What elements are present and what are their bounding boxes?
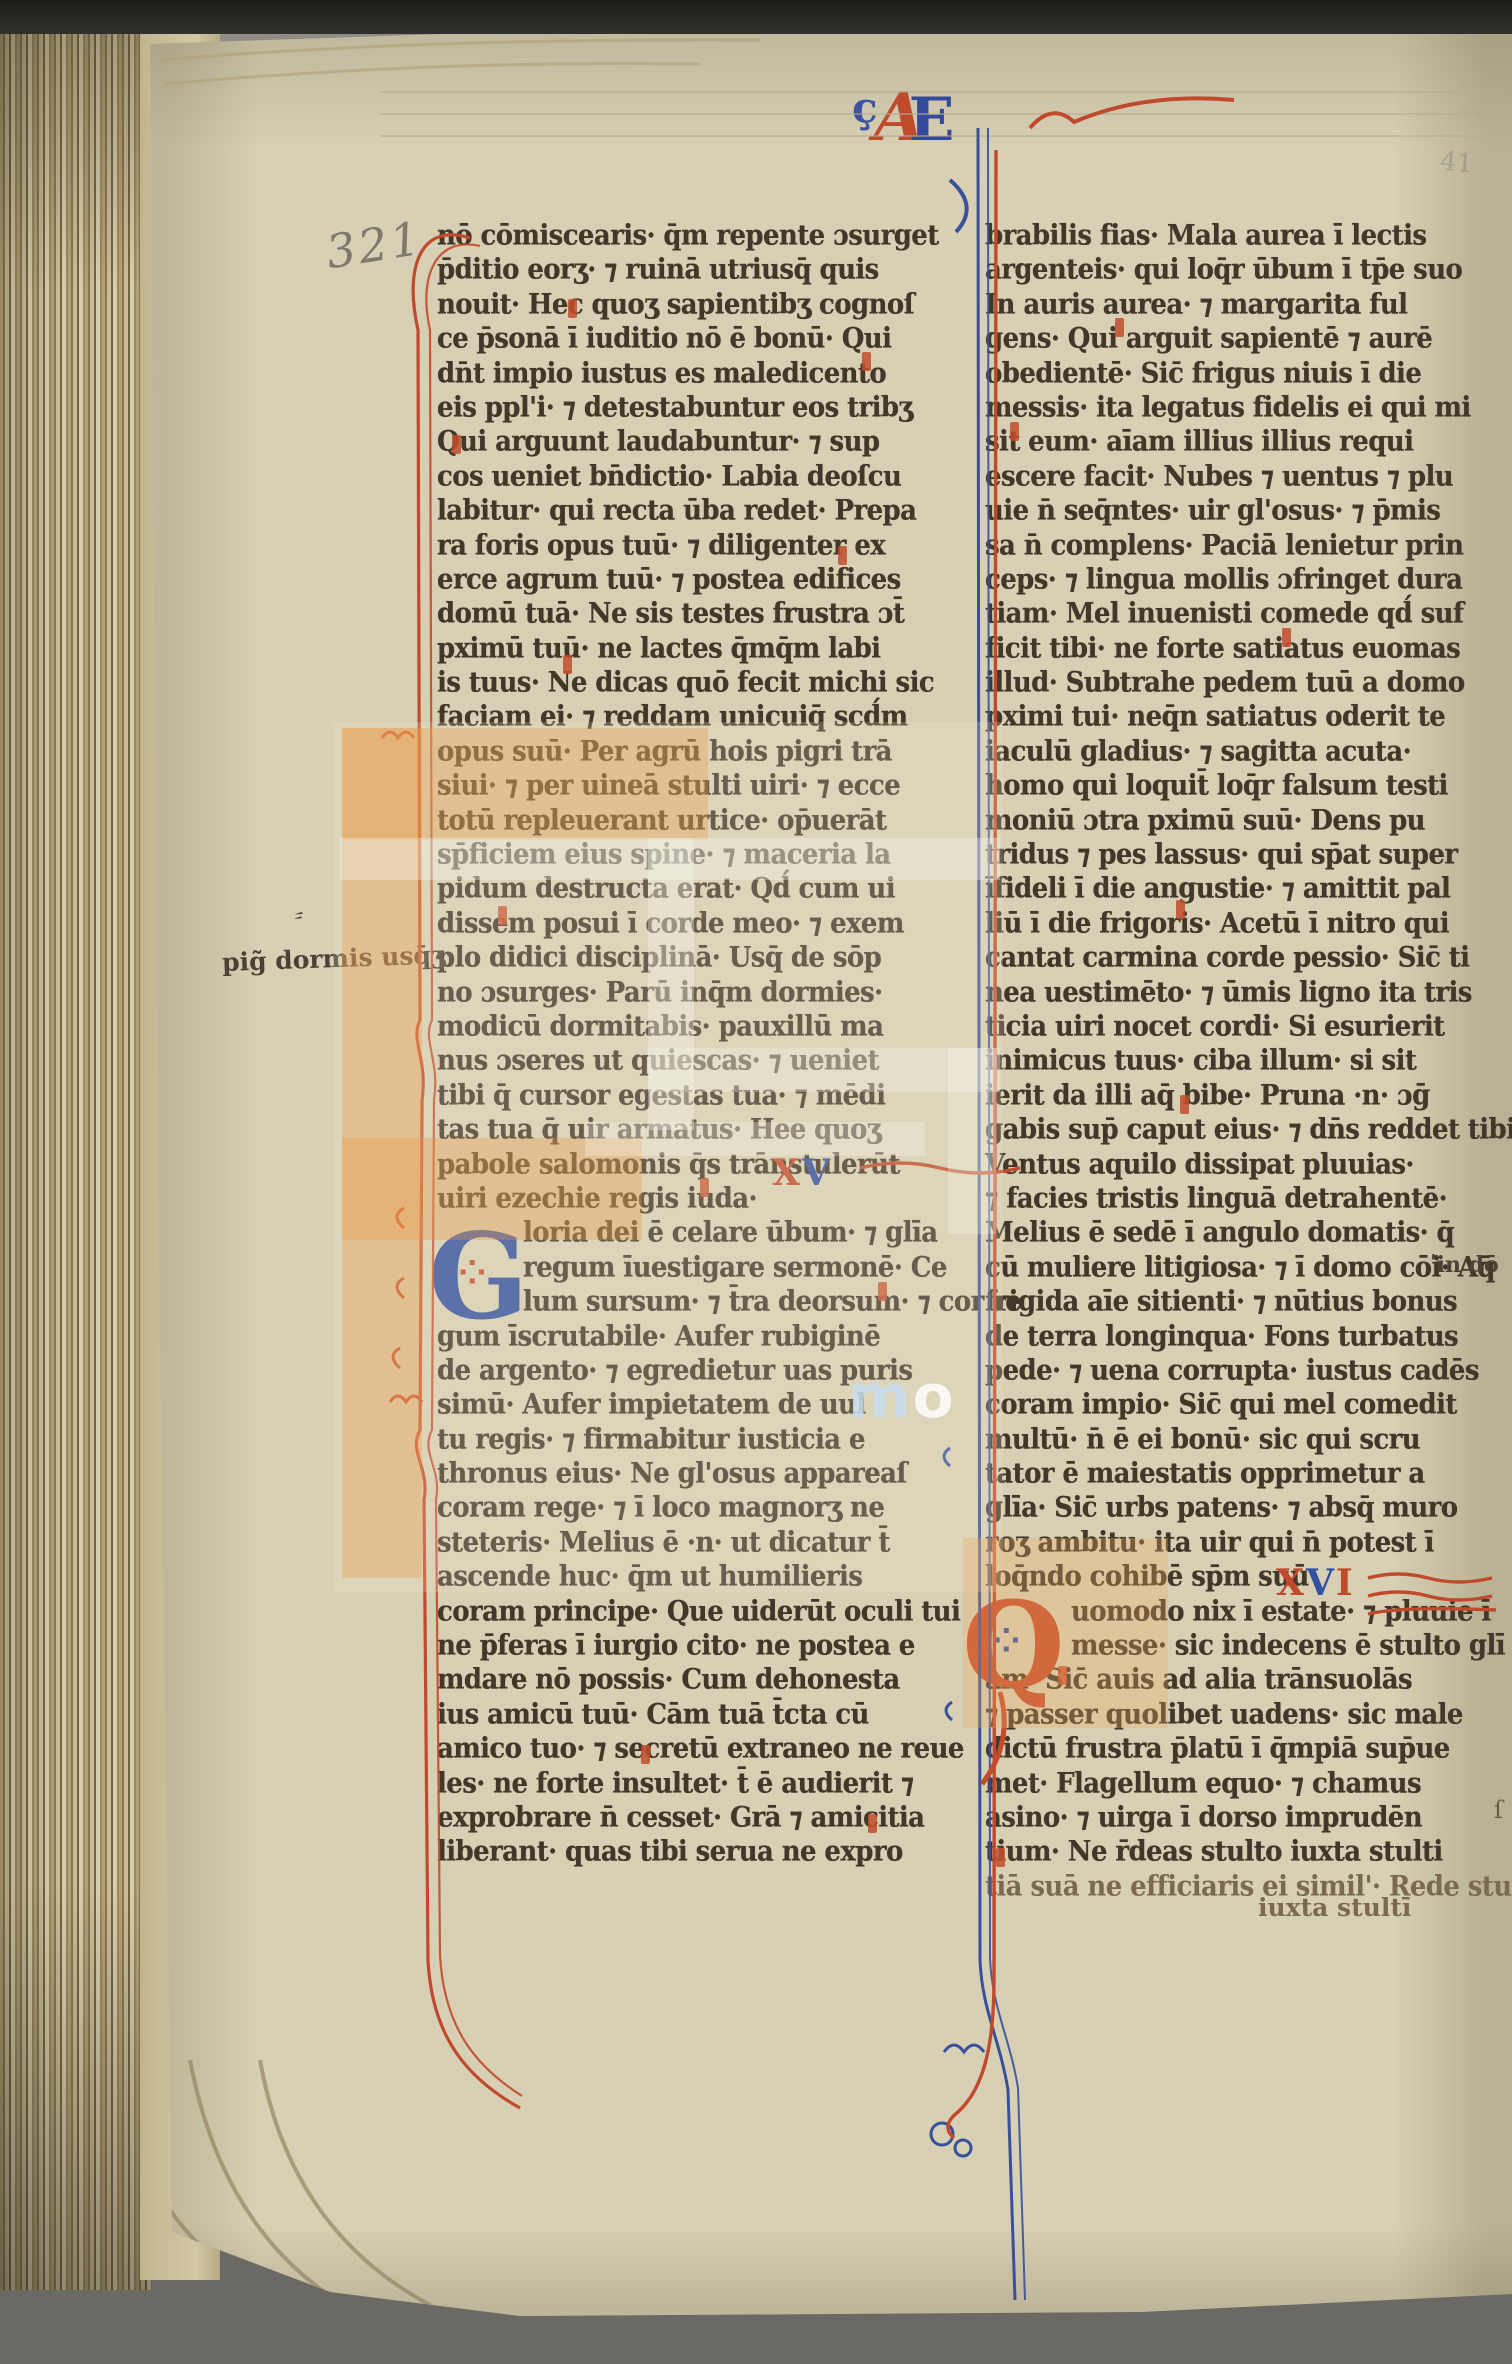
- rubric-touch: [568, 299, 577, 318]
- rubric-touch: [878, 1282, 887, 1301]
- text-line: ascende huc· q̄m ut humilieris: [437, 1559, 977, 1595]
- marginal-note-right: ʹin dō: [1430, 1252, 1499, 1278]
- rubric-touch: [452, 435, 461, 454]
- text-line: argenteis· qui loq̄r ūbum ī tp̄e suo: [985, 252, 1510, 288]
- watermark-orange-bar: [342, 728, 422, 1578]
- text-line: is tuus· Ne dicas quō fecit michi sic: [437, 665, 977, 701]
- text-line: steteris· Melius ē ·n· ut dicatur t̄: [437, 1525, 977, 1561]
- rubric-touch: [563, 655, 572, 674]
- text-line: totū repleuerant urtice· op̄uerāt: [437, 803, 977, 839]
- text-line: coram rege· ⁊ ī loco magnorʒ ne: [437, 1490, 977, 1526]
- text-line: pximi tui· neq̄n satiatus oderit te: [985, 699, 1510, 735]
- chapter-numeral: X: [1276, 1562, 1306, 1604]
- text-line: nō cōmiscearis· q̄m repente ɔsurget: [437, 218, 977, 254]
- text-line: escere facit· Nubes ⁊ uentus ⁊ plu: [985, 459, 1510, 495]
- text-line: simū· Aufer impietatem de uul: [437, 1387, 977, 1423]
- text-line: de terra longinqua· Fons turbatus: [985, 1319, 1510, 1355]
- text-line: modicū dormitabis· pauxillū ma: [437, 1009, 977, 1045]
- rubric-touch: [1282, 628, 1291, 647]
- text-line: labitur· qui recta ūba redet· Prepa: [437, 493, 977, 529]
- text-line: brabilis fias· Mala aurea ī lectis: [985, 218, 1510, 254]
- text-line: pidum destructa erat· Qd́ cum ui: [437, 871, 977, 907]
- text-line: thronus eius· Ne gl'osus appareaſ: [437, 1456, 977, 1492]
- text-line: nouit· Hec quoʒ sapientibʒ cognoſ: [437, 287, 977, 323]
- text-line: sa n̄ complens· Paciā lenietur prin: [985, 528, 1510, 564]
- text-line: tator ē maiestatis opprimetur a: [985, 1456, 1510, 1492]
- text-line: no ɔsurges· Parū inq̄m dormies·: [437, 975, 977, 1011]
- book-fore-edge-pages: [0, 20, 152, 2290]
- text-line: coram impio· Sic̄ qui mel comedit: [985, 1387, 1510, 1423]
- rubric-touch: [862, 352, 871, 371]
- rubric-touch: [1010, 422, 1019, 441]
- text-line: Ventus aquilo dissipat pluuias·: [985, 1147, 1510, 1183]
- text-line: iaculū gladius· ⁊ sagitta acuta·: [985, 734, 1510, 770]
- text-line: Melius ē sedē ī angulo domatis· q̄: [985, 1215, 1510, 1251]
- rubric-touch: [700, 1178, 709, 1197]
- text-line: cos ueniet bn̄dictio· Labia deoſcu: [437, 459, 977, 495]
- running-title-blue-letter: E: [909, 85, 955, 155]
- text-line: gens· Qui arguit sapientē ⁊ aurē: [985, 321, 1510, 357]
- text-line: uie n̄ seq̄ntes· uir gl'osus· ⁊ p̄mis: [985, 493, 1510, 529]
- text-line: nus ɔseres ut quiescas· ⁊ ueniet: [437, 1043, 977, 1079]
- text-line: mdare nō possis· Cum dehonesta: [437, 1662, 977, 1698]
- corrector-hanging-line: iuxta stultī: [1258, 1893, 1411, 1922]
- rubric-touch: [996, 1848, 1005, 1867]
- text-line: tiam· Mel inuenisti comede qd́ suf: [985, 596, 1510, 632]
- chapter-numeral: V: [1306, 1562, 1336, 1604]
- text-line: coram principe· Que uiderūt oculi tui: [437, 1594, 977, 1630]
- text-line: ce p̄sonā ī iuditio nō ē bonū· Qui: [437, 321, 977, 357]
- text-line: liberant· quas tibi serua ne expro: [437, 1834, 977, 1870]
- text-line: ceps· ⁊ lingua mollis ɔfringet dura: [985, 562, 1510, 598]
- text-line: faciam ei· ⁊ reddam unicuiq̄ scd́m: [437, 699, 977, 735]
- correction-sign: 〞: [287, 905, 318, 942]
- photo-top-dark-band: [0, 0, 1512, 34]
- rubric-touch: [1058, 1666, 1067, 1685]
- rubric-touch: [838, 546, 847, 565]
- chapter-numeral: V: [802, 1152, 832, 1194]
- text-line: dn̄t impio iustus es maledicento: [437, 356, 977, 392]
- text-line: p̄ditio eorʒ· ⁊ ruinā utriusq̄ quis: [437, 252, 977, 288]
- text-line: tium· Ne r̄deas stulto iuxta stulti: [985, 1834, 1510, 1870]
- text-line: īfideli ī die angustie· ⁊ amittit pal: [985, 871, 1510, 907]
- text-line: frigida aīe sitienti· ⁊ nūtius bonus: [985, 1284, 1510, 1320]
- text-line: moniū ɔtra pximū suū· Dens pu: [985, 803, 1510, 839]
- text-column-left: nō cōmiscearis· q̄m repente ɔsurgetp̄dit…: [437, 218, 977, 1869]
- text-line: met· Flagellum equo· ⁊ chamus: [985, 1766, 1510, 1802]
- text-line: plo didici disciplinā· Usq̄ de sōp: [437, 940, 977, 976]
- text-line: domū tuā· Ne sis testes frustra ɔt̄: [437, 596, 977, 632]
- text-line: Qui arguunt laudabuntur· ⁊ sup: [437, 424, 977, 460]
- text-line: ticia uiri nocet cordi· Si esurierit: [985, 1009, 1510, 1045]
- decorated-initial-G: G: [428, 1218, 529, 1336]
- chapter-number-xxv: XV: [772, 1152, 832, 1194]
- chapter-number-xxvi: XVI: [1276, 1562, 1355, 1604]
- text-line: tas tua q̄ uir armatus· Hee quoʒ: [437, 1112, 977, 1148]
- running-title: çAE: [852, 78, 955, 168]
- text-line: pximū tuū· ne lactes q̄mq̄m labi: [437, 631, 977, 667]
- rubric-touch: [641, 1745, 650, 1764]
- text-line: sp̄ficiem eius spine· ⁊ maceria la: [437, 837, 977, 873]
- text-line: siui· ⁊ per uineā stulti uiri· ⁊ ecce: [437, 768, 977, 804]
- text-line: les· ne forte insultet· t̄ ē audierit ⁊: [437, 1766, 977, 1802]
- chapter-numeral: I: [1336, 1562, 1355, 1604]
- text-line: exprobrare n̄ cesset· Grā ⁊ amicitia: [437, 1800, 977, 1836]
- text-line: pede· ⁊ uena corrupta· iustus cadēs: [985, 1353, 1510, 1389]
- decorated-initial-Q: Q: [962, 1586, 1065, 1704]
- text-line: ra foris opus tuū· ⁊ diligenter ex: [437, 528, 977, 564]
- text-line: tridus ⁊ pes lassus· qui sp̄at super: [985, 837, 1510, 873]
- edge-mark: ſ: [1494, 1796, 1503, 1824]
- text-line: gabis sup̄ caput eius· ⁊ dn̄s reddet tib…: [985, 1112, 1510, 1148]
- text-line: nea uestimēto· ⁊ ūmis ligno ita tris: [985, 975, 1510, 1011]
- text-line: obedientē· Sic̄ frigus niuis ī die: [985, 356, 1510, 392]
- rubric-touch: [1180, 1095, 1189, 1114]
- text-line: de argento· ⁊ egredietur uas puris: [437, 1353, 977, 1389]
- rubric-touch: [868, 1814, 877, 1833]
- text-line: ne p̄feras ī iurgio cito· ne postea e: [437, 1628, 977, 1664]
- folio-number-faint: 41: [1439, 147, 1475, 180]
- text-line: asino· ⁊ uirga ī dorso imprudēn: [985, 1800, 1510, 1836]
- folio-number-pencil: 321: [322, 211, 426, 279]
- text-line: liū ī die frigoris· Acetū ī nitro qui: [985, 906, 1510, 942]
- text-line: opus suū· Per agrū hois pigri trā: [437, 734, 977, 770]
- text-line: tibi q̄ cursor egestas tua· ⁊ mēdi: [437, 1078, 977, 1114]
- text-line: erce agrum tuū· ⁊ postea edifices: [437, 562, 977, 598]
- rubric-touch: [1115, 318, 1124, 337]
- text-line: tiā suā ne efficiaris ei simil'· Rede st…: [985, 1869, 1510, 1905]
- rubric-touch: [498, 906, 507, 925]
- rubric-touch: [1176, 900, 1185, 919]
- text-line: dictū frustra p̄latū ī q̄mpiā sup̄ue: [985, 1731, 1510, 1767]
- text-line: ficit tibi· ne forte satiatus euomas: [985, 631, 1510, 667]
- text-line: eis ppl'i· ⁊ detestabuntur eos tribʒ: [437, 390, 977, 426]
- text-line: homo qui loquit̄ loq̄r falsum testi: [985, 768, 1510, 804]
- chapter-numeral: X: [772, 1152, 802, 1194]
- text-line: In auris aurea· ⁊ margarita ful: [985, 287, 1510, 323]
- text-line: inimicus tuus· ciba illum· si sit: [985, 1043, 1510, 1079]
- manuscript-photograph: çAE 321 41 nō cōmiscearis· q̄m repente ɔ…: [0, 0, 1512, 2364]
- text-line: ierit da illi aq̄ bibe· Pruna ·n· ɔḡ: [985, 1078, 1510, 1114]
- marginal-note-left: pig̃ dormis usq̄ʒ·: [222, 940, 455, 977]
- parchment-page: çAE 321 41 nō cōmiscearis· q̄m repente ɔ…: [0, 0, 1512, 2364]
- text-line: glīa· Sic̄ urbs patens· ⁊ absq̄ muro: [985, 1490, 1510, 1526]
- text-line: multū· n̄ ē ei bonū· sic qui scru: [985, 1422, 1510, 1458]
- text-line: ⁊ facies tristis linguā detrahentē·: [985, 1181, 1510, 1217]
- text-line: sit eum· aīam illius illius requi: [985, 424, 1510, 460]
- text-line: roʒ ambitu· ita uir qui n̄ potest ī: [985, 1525, 1510, 1561]
- text-line: dissem posui ī corde meo· ⁊ exem: [437, 906, 977, 942]
- text-line: illud· Subtrahe pedem tuū a domo: [985, 665, 1510, 701]
- text-line: amico tuo· ⁊ secretū extraneo ne reue: [437, 1731, 977, 1767]
- text-line: cantat carmina corde pessio· Sic̄ ti: [985, 940, 1510, 976]
- text-line: messis· ita legatus fidelis ei qui mi: [985, 390, 1510, 426]
- text-line: ius amicū tuū· Cām tuā t̄cta cū: [437, 1697, 977, 1733]
- text-line: tu regis· ⁊ firmabitur iusticia e: [437, 1422, 977, 1458]
